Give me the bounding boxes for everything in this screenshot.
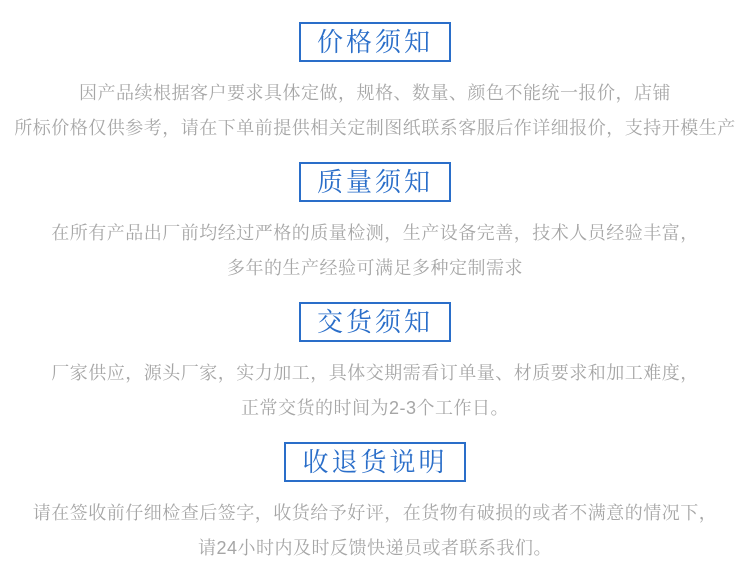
section-title: 交货须知 — [317, 307, 433, 337]
section-price-notice: 价格须知 因产品续根据客户要求具体定做，规格、数量、颜色不能统一报价，店铺 所标… — [0, 22, 750, 146]
notice-line: 因产品续根据客户要求具体定做，规格、数量、颜色不能统一报价，店铺 — [0, 76, 750, 111]
notice-line: 多年的生产经验可满足多种定制需求 — [0, 251, 750, 286]
section-title: 收退货说明 — [302, 447, 447, 477]
section-return-notice: 收退货说明 请在签收前仔细检查后签字，收货给予好评，在货物有破损的或者不满意的情… — [0, 442, 750, 566]
return-notice-title-box: 收退货说明 — [284, 442, 465, 482]
notice-line: 请在签收前仔细检查后签字，收货给予好评，在货物有破损的或者不满意的情况下， — [0, 496, 750, 531]
delivery-notice-title-box: 交货须知 — [299, 302, 451, 342]
notice-line: 所标价格仅供参考，请在下单前提供相关定制图纸联系客服后作详细报价，支持开模生产 — [0, 111, 750, 146]
price-notice-title-box: 价格须知 — [299, 22, 451, 62]
product-notice-page: 价格须知 因产品续根据客户要求具体定做，规格、数量、颜色不能统一报价，店铺 所标… — [0, 0, 750, 586]
notice-line: 正常交货的时间为2-3个工作日。 — [0, 391, 750, 426]
notice-line: 在所有产品出厂前均经过严格的质量检测，生产设备完善，技术人员经验丰富， — [0, 216, 750, 251]
section-title: 质量须知 — [317, 167, 433, 197]
section-title: 价格须知 — [317, 27, 433, 57]
section-quality-notice: 质量须知 在所有产品出厂前均经过严格的质量检测，生产设备完善，技术人员经验丰富，… — [0, 162, 750, 286]
notice-line: 请24小时内及时反馈快递员或者联系我们。 — [0, 531, 750, 566]
notice-line: 厂家供应，源头厂家，实力加工，具体交期需看订单量、材质要求和加工难度， — [0, 356, 750, 391]
section-delivery-notice: 交货须知 厂家供应，源头厂家，实力加工，具体交期需看订单量、材质要求和加工难度，… — [0, 302, 750, 426]
quality-notice-title-box: 质量须知 — [299, 162, 451, 202]
